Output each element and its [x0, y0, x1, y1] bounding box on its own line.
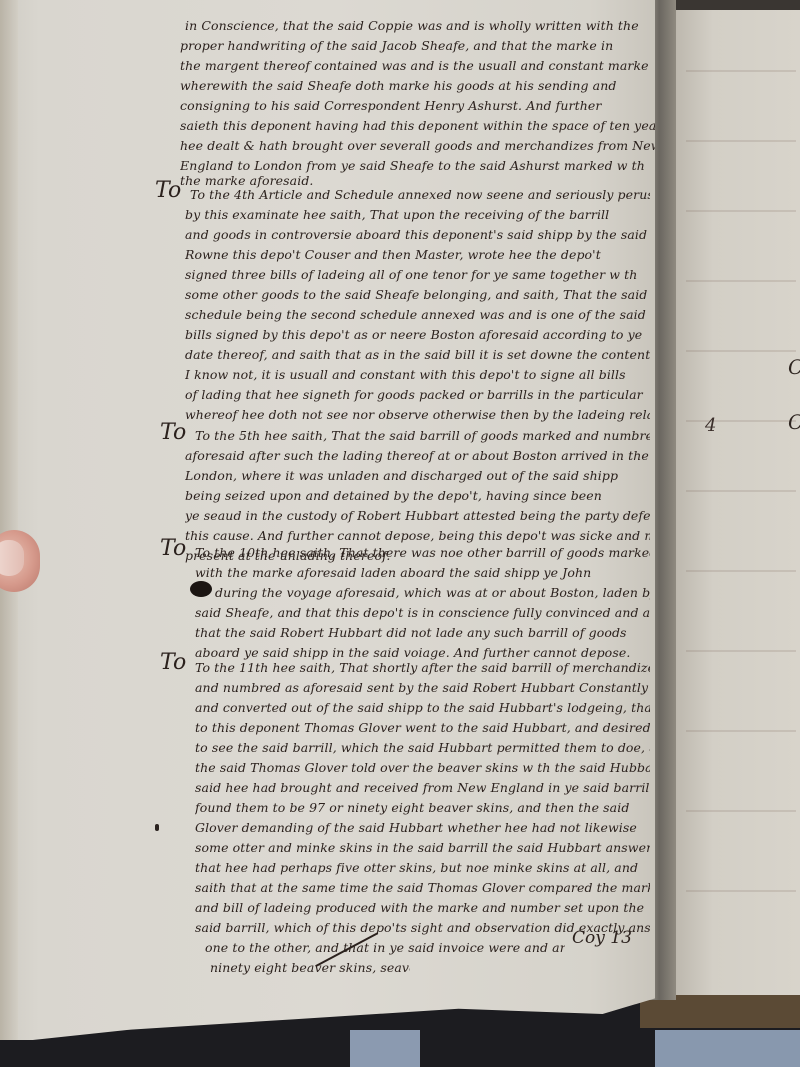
text-line: signed three bills of ladeing all of one… — [185, 267, 650, 282]
text-line: the margent thereof contained was and is… — [180, 58, 655, 73]
text-line: schedule being the second schedule annex… — [185, 307, 650, 322]
text-line: Glover demanding of the said Hubbart whe… — [195, 820, 650, 835]
paragraph-marker: To — [160, 536, 186, 561]
text-line: that the said Robert Hubbart did not lad… — [195, 625, 650, 640]
text-line: proper handwriting of the said Jacob She… — [180, 38, 650, 53]
text-line: found them to be 97 or ninety eight beav… — [195, 800, 650, 815]
text-line: aboard ye said shipp in the said voiage.… — [195, 645, 650, 660]
text-line: whereof hee doth not see nor observe oth… — [185, 407, 650, 422]
text-line: wherewith the said Sheafe doth marke his… — [180, 78, 655, 93]
text-line: ye seaud in the custody of Robert Hubbar… — [185, 508, 650, 523]
text-line: of lading that hee signeth for goods pac… — [185, 387, 650, 402]
text-line: this cause. And further cannot depose, b… — [185, 528, 650, 543]
text-line: some otter and minke skins in the said b… — [195, 840, 650, 855]
text-line: London, where it was unladen and dischar… — [185, 468, 650, 483]
text-line: ninety eight beaver skins, seaven otter … — [210, 960, 410, 975]
text-line: To the 11th hee saith, That shortly afte… — [195, 660, 650, 675]
text-line: by this examinate hee saith, That upon t… — [185, 207, 650, 222]
text-line: to see the said barrill, which the said … — [195, 740, 650, 755]
text-line: and goods in controversie aboard this de… — [185, 227, 650, 242]
text-line: I know not, it is usuall and constant wi… — [185, 367, 650, 382]
paragraph-marker: To — [160, 420, 186, 445]
text-line: said Sheafe, and that this depo't is in … — [195, 605, 650, 620]
text-line: being seized upon and detained by the de… — [185, 488, 650, 503]
paragraph-marker: To — [160, 650, 186, 675]
text-line: saith that at the same time the said Tho… — [195, 880, 650, 895]
text-line: and numbred as aforesaid sent by the sai… — [195, 680, 650, 695]
text-line: with the marke aforesaid laden aboard th… — [195, 565, 650, 580]
text-line: that hee had perhaps five otter skins, b… — [195, 860, 650, 875]
text-line: England to London from ye said Sheafe to… — [180, 158, 655, 173]
text-line: the said Thomas Glover told over the bea… — [195, 760, 650, 775]
text-line: consigning to his said Correspondent Hen… — [180, 98, 655, 113]
text-line: saieth this deponent having had this dep… — [180, 118, 655, 133]
text-line: some other goods to the said Sheafe belo… — [185, 287, 650, 302]
text-line: and bill of ladeing produced with the ma… — [195, 900, 650, 915]
text-line: the marke aforesaid. — [180, 173, 480, 188]
paragraph-marker: To — [155, 178, 181, 203]
text-line: said hee had brought and received from N… — [195, 780, 650, 795]
text-line: during the voyage aforesaid, which was a… — [215, 585, 650, 600]
text-line: bills signed by this depo't as or neere … — [185, 327, 650, 342]
text-line: and converted out of the said shipp to t… — [195, 700, 650, 715]
text-line: one to the other, and that in ye said in… — [205, 940, 565, 955]
text-line: in Conscience, that the said Coppie was … — [185, 18, 645, 33]
text-line: To the 5th hee saith, That the said barr… — [195, 428, 650, 443]
text-line: date thereof, and saith that as in the s… — [185, 347, 650, 362]
folio-mark: Coy 13 — [572, 928, 632, 948]
text-line: Rowne this depo't Couser and then Master… — [185, 247, 650, 262]
text-line: To the 10th hee saith, That there was no… — [195, 545, 650, 560]
text-line: hee dealt & hath brought over severall g… — [180, 138, 655, 153]
handwritten-deposition: in Conscience, that the said Coppie was … — [0, 0, 800, 1067]
text-line: to this deponent Thomas Glover went to t… — [195, 720, 650, 735]
text-line: To the 4th Article and Schedule annexed … — [190, 187, 650, 202]
text-line: aforesaid after such the lading thereof … — [185, 448, 650, 463]
